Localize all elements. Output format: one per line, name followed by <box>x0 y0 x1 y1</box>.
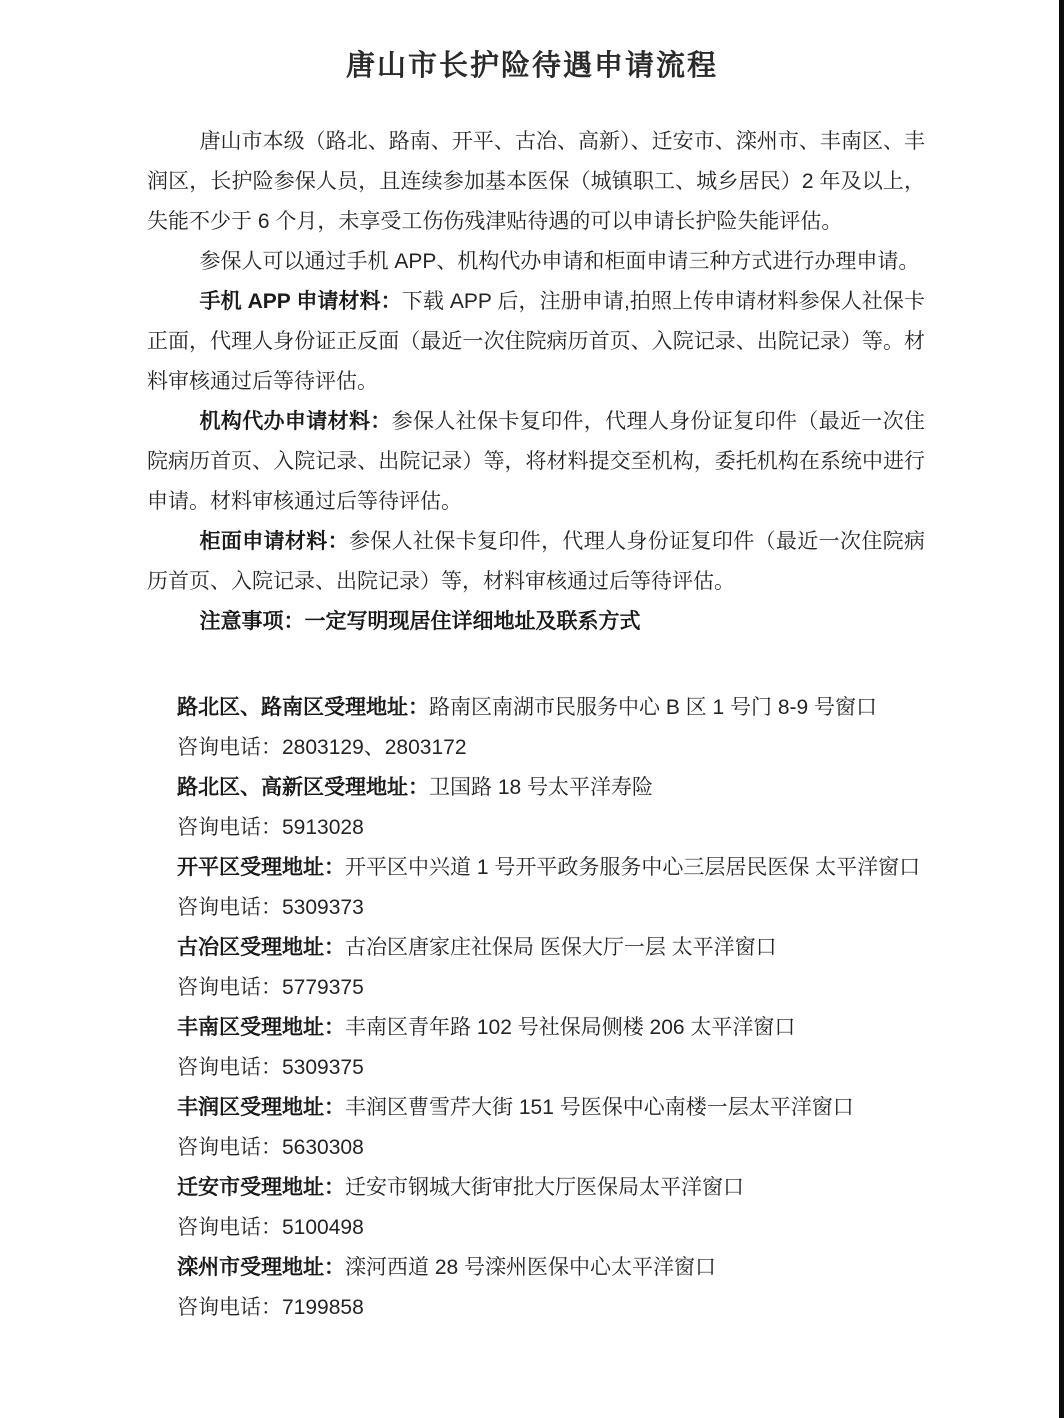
office-entry-kaiping: 开平区受理地址：开平区中兴道 1 号开平政务服务中心三层居民医保 太平洋窗口 咨… <box>177 848 1024 928</box>
office-phone-label: 咨询电话： <box>177 816 282 839</box>
office-address-label: 开平区受理地址： <box>177 856 345 879</box>
office-address-value: 卫国路 18 号太平洋寿险 <box>429 776 653 799</box>
document-body: 唐山市本级（路北、路南、开平、古冶、高新）、迁安市、滦州市、丰南区、丰润区，长护… <box>147 122 925 642</box>
office-phone-label: 咨询电话： <box>177 976 282 999</box>
paragraph-label: 注意事项：一定写明现居住详细地址及联系方式 <box>200 610 641 633</box>
office-address-value: 路南区南湖市民服务中心 B 区 1 号门 8-9 号窗口 <box>429 696 877 719</box>
paragraph-app-materials: 手机 APP 申请材料：下载 APP 后，注册申请,拍照上传申请材料参保人社保卡… <box>147 282 925 402</box>
office-phone-value: 5779375 <box>282 976 364 999</box>
office-address-label: 路北区、高新区受理地址： <box>177 776 429 799</box>
office-entry-guye: 古冶区受理地址：古冶区唐家庄社保局 医保大厅一层 太平洋窗口 咨询电话：5779… <box>177 928 1024 1008</box>
office-address-label: 滦州市受理地址： <box>177 1256 345 1279</box>
office-phone-label: 咨询电话： <box>177 1056 282 1079</box>
office-phone-value: 5100498 <box>282 1216 364 1239</box>
office-address-line: 滦州市受理地址：滦河西道 28 号滦州医保中心太平洋窗口 <box>177 1248 1024 1288</box>
office-phone-label: 咨询电话： <box>177 1296 282 1319</box>
scan-edge-artifact <box>1059 0 1064 1418</box>
paragraph-label: 机构代办申请材料： <box>200 410 392 433</box>
office-entry-qianan: 迁安市受理地址：迁安市钢城大街审批大厅医保局太平洋窗口 咨询电话：5100498 <box>177 1168 1024 1248</box>
paragraph-agency-materials: 机构代办申请材料：参保人社保卡复印件，代理人身份证复印件（最近一次住院病历首页、… <box>147 402 925 522</box>
office-list: 路北区、路南区受理地址：路南区南湖市民服务中心 B 区 1 号门 8-9 号窗口… <box>177 688 1024 1328</box>
office-address-line: 丰南区受理地址：丰南区青年路 102 号社保局侧楼 206 太平洋窗口 <box>177 1008 1024 1048</box>
office-phone-line: 咨询电话：7199858 <box>177 1288 1024 1328</box>
office-phone-value: 5309373 <box>282 896 364 919</box>
office-entry-fengnan: 丰南区受理地址：丰南区青年路 102 号社保局侧楼 206 太平洋窗口 咨询电话… <box>177 1008 1024 1088</box>
document-page: 唐山市长护险待遇申请流程 唐山市本级（路北、路南、开平、古冶、高新）、迁安市、滦… <box>0 0 1064 1418</box>
office-phone-line: 咨询电话：5309373 <box>177 888 1024 928</box>
office-entry-luanzhou: 滦州市受理地址：滦河西道 28 号滦州医保中心太平洋窗口 咨询电话：719985… <box>177 1248 1024 1328</box>
office-phone-line: 咨询电话：5630308 <box>177 1128 1024 1168</box>
office-address-label: 迁安市受理地址： <box>177 1176 345 1199</box>
office-address-value: 滦河西道 28 号滦州医保中心太平洋窗口 <box>345 1256 716 1279</box>
paragraph-notice: 注意事项：一定写明现居住详细地址及联系方式 <box>147 602 925 642</box>
office-phone-label: 咨询电话： <box>177 736 282 759</box>
office-entry-lubei-lunan: 路北区、路南区受理地址：路南区南湖市民服务中心 B 区 1 号门 8-9 号窗口… <box>177 688 1024 768</box>
paragraph-channels: 参保人可以通过手机 APP、机构代办申请和柜面申请三种方式进行办理申请。 <box>147 242 925 282</box>
office-address-label: 古冶区受理地址： <box>177 936 345 959</box>
office-address-line: 路北区、路南区受理地址：路南区南湖市民服务中心 B 区 1 号门 8-9 号窗口 <box>177 688 1024 728</box>
paragraph-label: 柜面申请材料： <box>200 530 349 553</box>
office-address-label: 丰润区受理地址： <box>177 1096 345 1119</box>
office-phone-value: 5309375 <box>282 1056 364 1079</box>
office-address-value: 开平区中兴道 1 号开平政务服务中心三层居民医保 太平洋窗口 <box>345 856 920 879</box>
office-address-value: 迁安市钢城大街审批大厅医保局太平洋窗口 <box>345 1176 744 1199</box>
office-phone-line: 咨询电话：5100498 <box>177 1208 1024 1248</box>
office-address-value: 丰南区青年路 102 号社保局侧楼 206 太平洋窗口 <box>345 1016 795 1039</box>
office-phone-value: 2803129、2803172 <box>282 736 467 759</box>
office-phone-label: 咨询电话： <box>177 896 282 919</box>
office-phone-line: 咨询电话：5779375 <box>177 968 1024 1008</box>
paragraph-counter-materials: 柜面申请材料：参保人社保卡复印件，代理人身份证复印件（最近一次住院病历首页、入院… <box>147 522 925 602</box>
paragraph-text: 唐山市本级（路北、路南、开平、古冶、高新）、迁安市、滦州市、丰南区、丰润区，长护… <box>147 130 925 233</box>
office-entry-fengrun: 丰润区受理地址：丰润区曹雪芹大街 151 号医保中心南楼一层太平洋窗口 咨询电话… <box>177 1088 1024 1168</box>
office-phone-value: 5913028 <box>282 816 364 839</box>
document-title: 唐山市长护险待遇申请流程 <box>0 46 1064 86</box>
office-address-line: 迁安市受理地址：迁安市钢城大街审批大厅医保局太平洋窗口 <box>177 1168 1024 1208</box>
office-address-line: 开平区受理地址：开平区中兴道 1 号开平政务服务中心三层居民医保 太平洋窗口 <box>177 848 1024 888</box>
office-address-label: 路北区、路南区受理地址： <box>177 696 429 719</box>
paragraph-text: 参保人可以通过手机 APP、机构代办申请和柜面申请三种方式进行办理申请。 <box>200 250 920 273</box>
office-address-line: 路北区、高新区受理地址：卫国路 18 号太平洋寿险 <box>177 768 1024 808</box>
office-phone-value: 5630308 <box>282 1136 364 1159</box>
office-address-value: 古冶区唐家庄社保局 医保大厅一层 太平洋窗口 <box>345 936 777 959</box>
office-phone-line: 咨询电话：5913028 <box>177 808 1024 848</box>
paragraph-label: 手机 APP 申请材料： <box>200 290 402 313</box>
office-address-line: 丰润区受理地址：丰润区曹雪芹大街 151 号医保中心南楼一层太平洋窗口 <box>177 1088 1024 1128</box>
office-phone-label: 咨询电话： <box>177 1216 282 1239</box>
office-address-label: 丰南区受理地址： <box>177 1016 345 1039</box>
office-phone-value: 7199858 <box>282 1296 364 1319</box>
office-phone-label: 咨询电话： <box>177 1136 282 1159</box>
office-phone-line: 咨询电话：5309375 <box>177 1048 1024 1088</box>
office-entry-lubei-gaoxin: 路北区、高新区受理地址：卫国路 18 号太平洋寿险 咨询电话：5913028 <box>177 768 1024 848</box>
office-phone-line: 咨询电话：2803129、2803172 <box>177 728 1024 768</box>
office-address-value: 丰润区曹雪芹大街 151 号医保中心南楼一层太平洋窗口 <box>345 1096 854 1119</box>
office-address-line: 古冶区受理地址：古冶区唐家庄社保局 医保大厅一层 太平洋窗口 <box>177 928 1024 968</box>
paragraph-eligibility: 唐山市本级（路北、路南、开平、古冶、高新）、迁安市、滦州市、丰南区、丰润区，长护… <box>147 122 925 242</box>
